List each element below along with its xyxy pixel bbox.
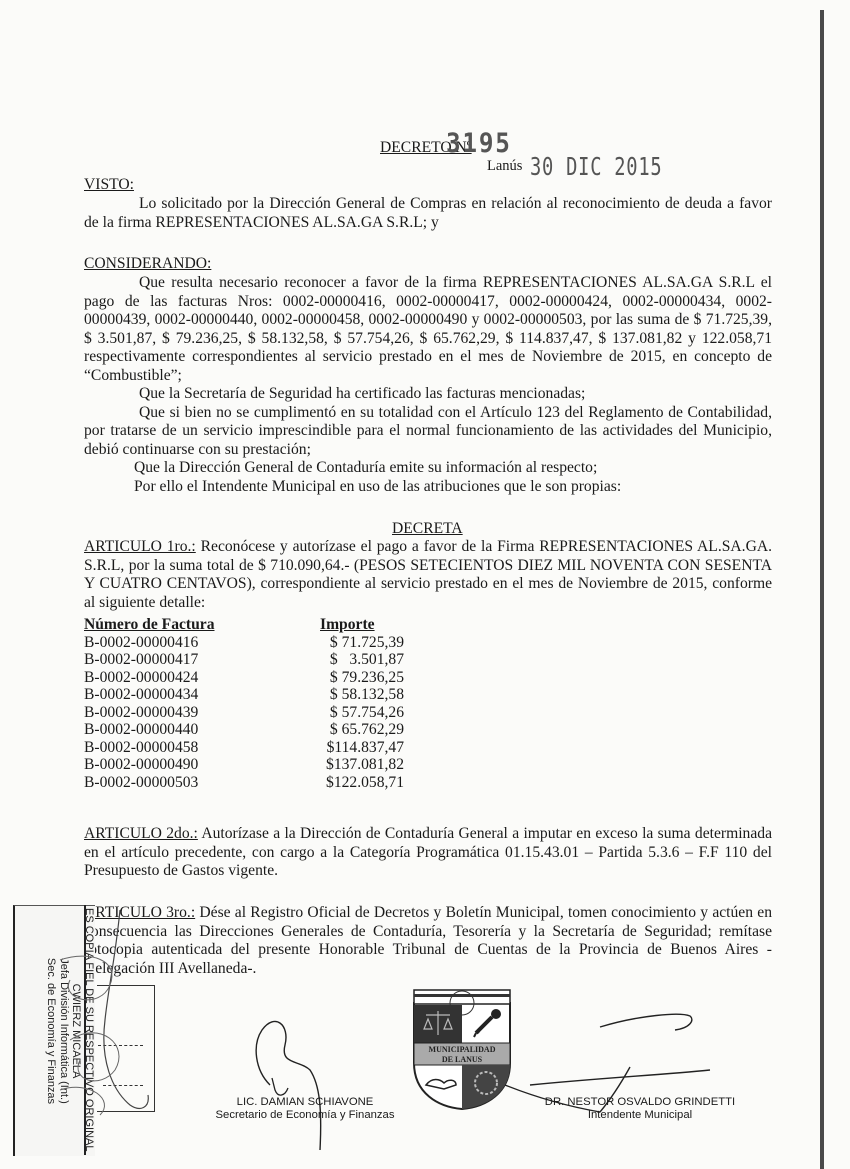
- signer-role: Intendente Municipal: [520, 1109, 760, 1122]
- seal-text-2: DE LANUS: [442, 1055, 483, 1064]
- signature-grindetti: DR. NESTOR OSVALDO GRINDETTI Intendente …: [520, 1096, 760, 1121]
- signer-name: LIC. DAMIAN SCHIAVONE: [195, 1096, 415, 1109]
- seal-text-1: MUNICIPALIDAD: [429, 1045, 496, 1054]
- municipal-seal-icon: MUNICIPALIDAD DE LANUS: [404, 985, 520, 1110]
- signature-schiavone: LIC. DAMIAN SCHIAVONE Secretario de Econ…: [195, 1096, 415, 1121]
- signer-name: DR. NESTOR OSVALDO GRINDETTI: [520, 1096, 760, 1109]
- signer-role: Secretario de Economía y Finanzas: [195, 1109, 415, 1122]
